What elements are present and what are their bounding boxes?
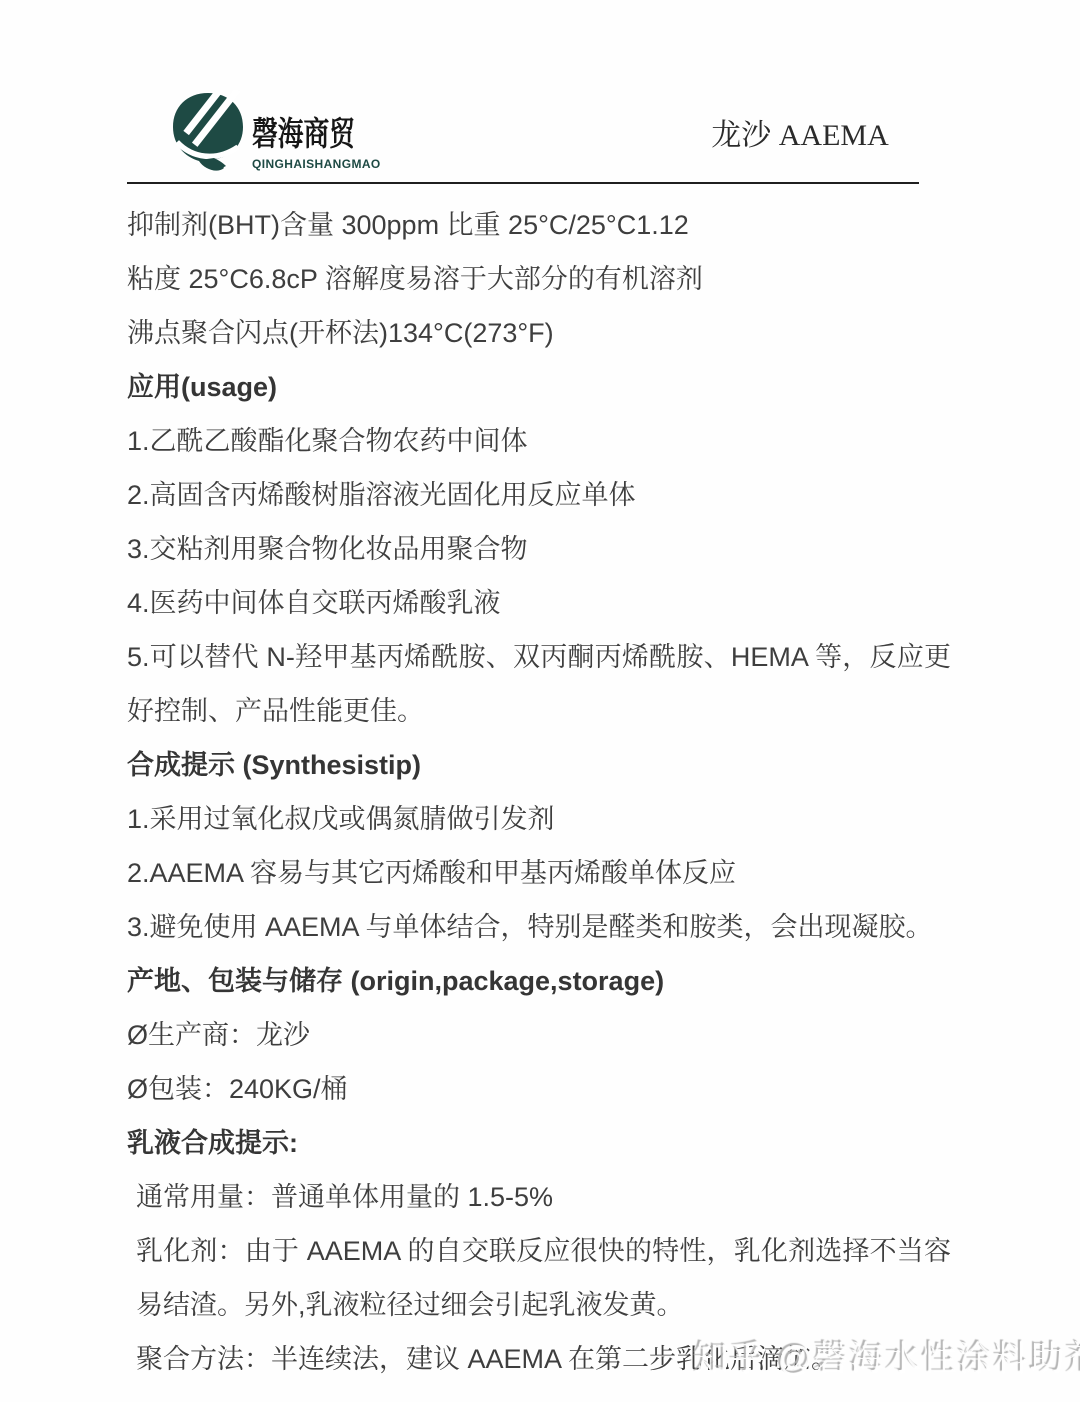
company-name-english: QINGHAISHANGMAO — [252, 157, 384, 171]
company-name-chinese: 磬海商贸 — [252, 108, 355, 155]
usage-item-1: 1.乙酰乙酸酯化聚合物农药中间体 — [127, 414, 951, 468]
section-heading-synthesis-tip: 合成提示 (Synthesistip) — [127, 738, 951, 792]
company-logo-icon — [170, 90, 246, 176]
origin-item-package: Ø包装：240KG/桶 — [127, 1062, 951, 1116]
usage-item-5: 5.可以替代 N-羟甲基丙烯酰胺、双丙酮丙烯酰胺、HEMA 等，反应更好控制、产… — [127, 630, 951, 738]
page-title: 龙沙 AAEMA — [690, 110, 910, 154]
document-body: 抑制剂(BHT)含量 300ppm 比重 25°C/25°C1.12 粘度 25… — [127, 198, 951, 1386]
property-line-viscosity: 粘度 25°C6.8cP 溶解度易溶于大部分的有机溶剂 — [127, 252, 951, 306]
origin-item-manufacturer: Ø生产商：龙沙 — [127, 1008, 951, 1062]
section-heading-usage: 应用(usage) — [127, 360, 951, 414]
usage-item-2: 2.高固含丙烯酸树脂溶液光固化用反应单体 — [127, 468, 951, 522]
usage-item-4: 4.医药中间体自交联丙烯酸乳液 — [127, 576, 951, 630]
synthesis-item-1: 1.采用过氧化叔戊或偶氮腈做引发剂 — [127, 792, 951, 846]
synthesis-item-2: 2.AAEMA 容易与其它丙烯酸和甲基丙烯酸单体反应 — [127, 846, 951, 900]
watermark-zhihu: 知乎 @磬海水性涂料助剂 — [694, 1331, 1080, 1380]
property-line-boiling-point: 沸点聚合闪点(开杯法)134°C(273°F) — [127, 306, 951, 360]
header-divider — [127, 182, 919, 184]
company-logo-text: 磬海商贸 QINGHAISHANGMAO — [252, 108, 384, 171]
document-page: 磬海商贸 QINGHAISHANGMAO 龙沙 AAEMA 抑制剂(BHT)含量… — [0, 0, 1080, 1402]
usage-item-3: 3.交粘剂用聚合物化妆品用聚合物 — [127, 522, 951, 576]
emulsion-item-dosage: 通常用量：普通单体用量的 1.5-5% — [127, 1170, 951, 1224]
section-heading-origin-package-storage: 产地、包装与储存 (origin,package,storage) — [127, 954, 951, 1008]
synthesis-item-3: 3.避免使用 AAEMA 与单体结合，特别是醛类和胺类，会出现凝胶。 — [127, 900, 951, 954]
property-line-inhibitor: 抑制剂(BHT)含量 300ppm 比重 25°C/25°C1.12 — [127, 198, 951, 252]
section-heading-emulsion-tip: 乳液合成提示: — [127, 1116, 951, 1170]
emulsion-item-emulsifier: 乳化剂：由于 AAEMA 的自交联反应很快的特性，乳化剂选择不当容易结渣。另外,… — [127, 1224, 951, 1332]
company-logo: 磬海商贸 QINGHAISHANGMAO — [170, 90, 384, 176]
